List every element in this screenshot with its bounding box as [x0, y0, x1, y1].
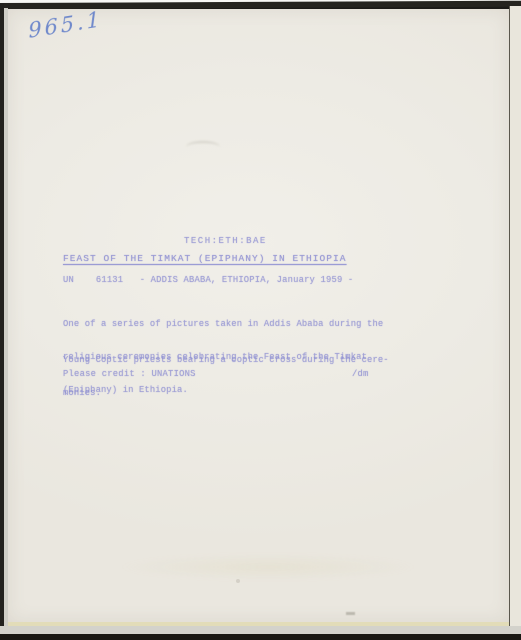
paper-smudge	[186, 141, 220, 153]
caption-code-line: TECH:ETH:BAE	[184, 236, 267, 246]
paper-speck	[236, 579, 240, 583]
caption-body-line: Young Coptic priests bearing a coptic cr…	[63, 355, 389, 366]
photographer-initials: /dm	[352, 369, 369, 379]
credit-line: Please credit : UNATIONS	[63, 369, 196, 379]
handwritten-catalog-number: 965.1	[28, 7, 103, 43]
caption-title: FEAST OF THE TIMKAT (EPIPHANY) IN ETHIOP…	[63, 253, 347, 264]
caption-body-line: One of a series of pictures taken in Add…	[63, 319, 383, 330]
frame-edge-right	[509, 6, 521, 628]
frame-edge-top-dark	[0, 1, 521, 9]
paper-smudge	[118, 554, 418, 580]
caption-dateline: UN 61131 - ADDIS ABABA, ETHIOPIA, Januar…	[63, 275, 353, 285]
caption-body-line: monies.	[63, 388, 389, 399]
photo-scan: 965.1 TECH:ETH:BAE FEAST OF THE TIMKAT (…	[0, 0, 521, 640]
photo-back-paper: 965.1 TECH:ETH:BAE FEAST OF THE TIMKAT (…	[8, 9, 509, 626]
frame-edge-bottom-dark	[0, 634, 521, 640]
paper-speck	[346, 612, 355, 615]
